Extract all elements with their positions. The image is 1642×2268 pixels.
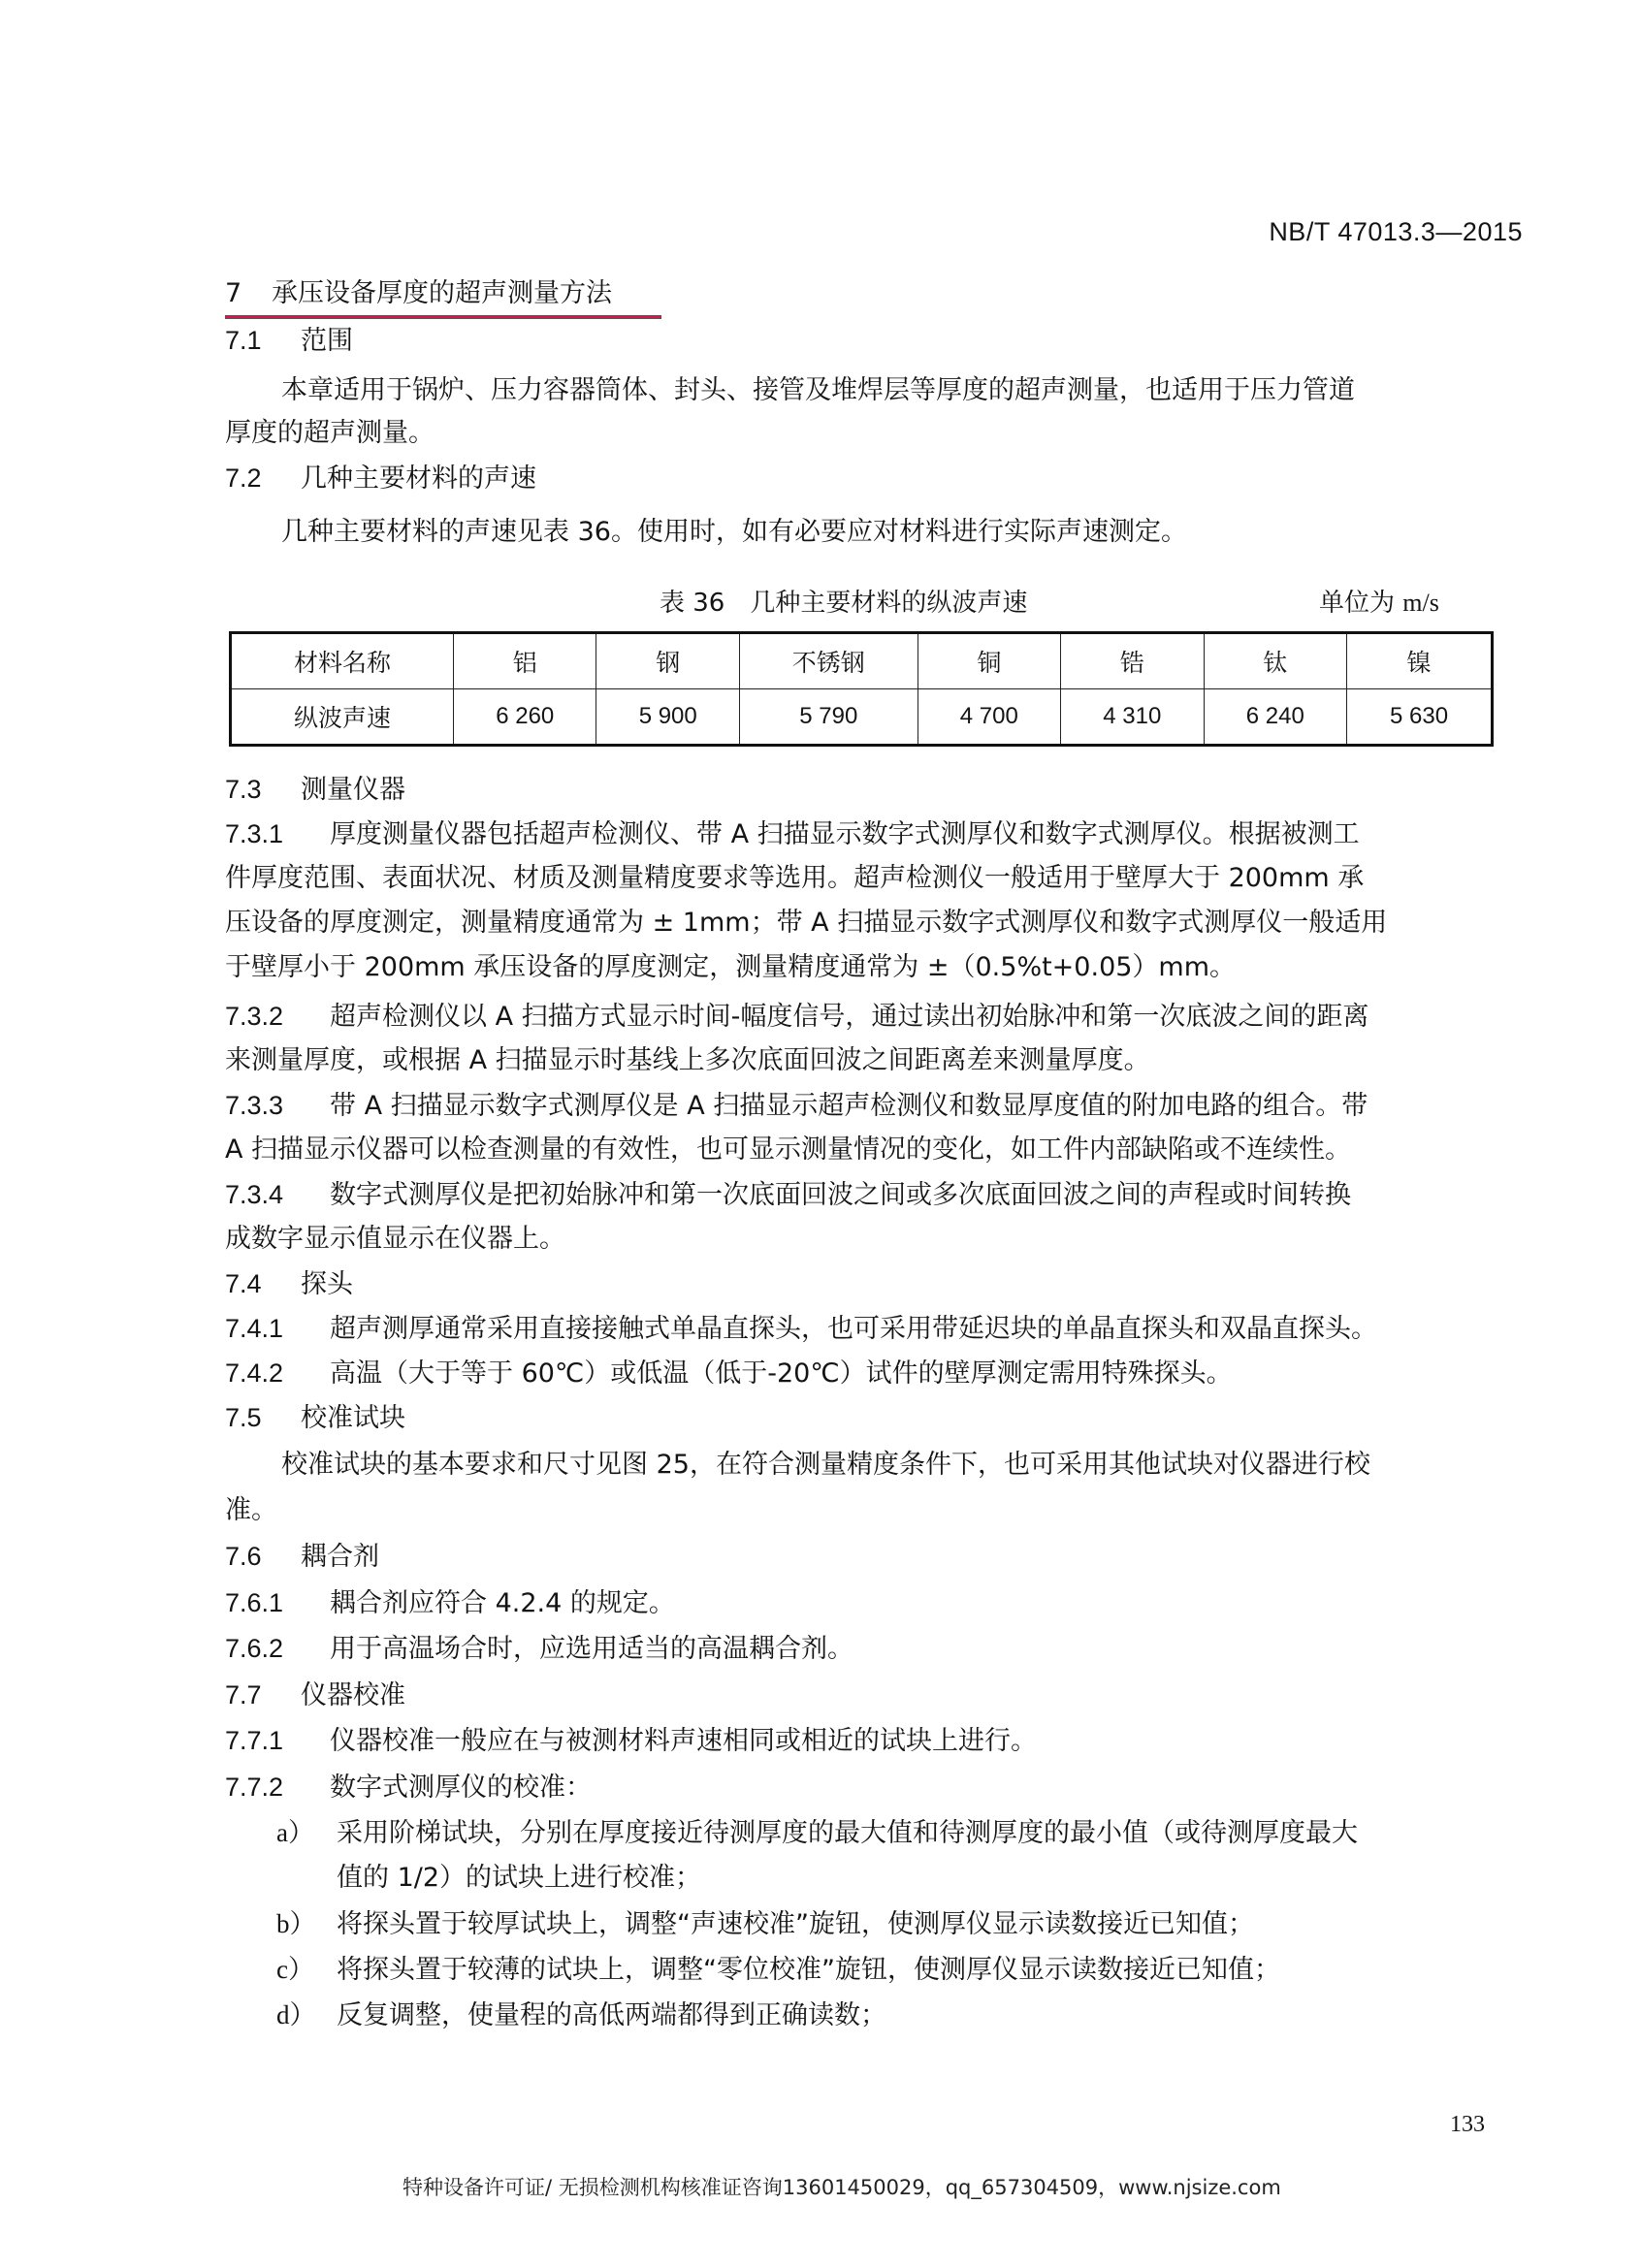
section-title: 几种主要材料的声速: [301, 463, 536, 494]
paragraph-line: 用于高温场合时，应选用适当的高温耦合剂。: [330, 1634, 853, 1664]
paragraph-line: 厚度测量仪器包括超声检测仪、带 A 扫描显示数字式测厚仪和数字式测厚仪。根据被测…: [330, 819, 1360, 849]
table-cell: 镍: [1347, 633, 1493, 689]
clause-7-3-2: 7.3.2超声检测仪以 A 扫描方式显示时间-幅度信号，通过读出初始脉冲和第一次…: [225, 1000, 1368, 1034]
clause-7-3-3: 7.3.3带 A 扫描显示数字式测厚仪是 A 扫描显示超声检测仪和数显厚度值的附…: [225, 1089, 1368, 1123]
list-label: d）: [276, 1998, 337, 2031]
section-title: 耦合剂: [301, 1542, 379, 1572]
section-number: 7.3: [225, 773, 301, 806]
paragraph-line: 超声测厚通常采用直接接触式单晶直探头，也可采用带延迟块的单晶直探头和双晶直探头。: [330, 1314, 1377, 1344]
section-heading-7-1: 7.1范围: [225, 324, 353, 358]
section-title: 仪器校准: [301, 1680, 405, 1710]
clause-number: 7.3.2: [225, 1000, 330, 1033]
clause-number: 7.3.1: [225, 817, 330, 850]
clause-7-7-1: 7.7.1仪器校准一般应在与被测材料声速相同或相近的试块上进行。: [225, 1724, 1037, 1758]
clause-7-6-1: 7.6.1耦合剂应符合 4.2.4 的规定。: [225, 1586, 675, 1620]
clause-number: 7.7.1: [225, 1724, 330, 1757]
section-title: 测量仪器: [301, 775, 405, 805]
clause-7-4-1: 7.4.1超声测厚通常采用直接接触式单晶直探头，也可采用带延迟块的单晶直探头和双…: [225, 1312, 1377, 1346]
clause-number: 7.4.1: [225, 1312, 330, 1345]
footer-watermark: 特种设备许可证/ 无损检测机构核准证咨询13601450029，qq_65730…: [402, 2175, 1281, 2200]
table-cell: 5 790: [739, 689, 918, 746]
clause-number: 7.4.2: [225, 1357, 330, 1390]
table-cell: 6 240: [1204, 689, 1346, 746]
paragraph-line: 厚度的超声测量。: [225, 417, 435, 450]
sound-velocity-table: 材料名称 铝 钢 不锈钢 铜 锆 钛 镍 纵波声速 6 260 5 900 5 …: [229, 631, 1494, 747]
paragraph-line: 仪器校准一般应在与被测材料声速相同或相近的试块上进行。: [330, 1726, 1037, 1756]
unit-value: m/s: [1402, 589, 1439, 617]
clause-7-6-2: 7.6.2用于高温场合时，应选用适当的高温耦合剂。: [225, 1632, 853, 1666]
table-row: 纵波声速 6 260 5 900 5 790 4 700 4 310 6 240…: [231, 689, 1493, 746]
list-text: 将探头置于较薄的试块上，调整“零位校准”旋钮，使测厚仪显示读数接近已知值；: [337, 1955, 1280, 1985]
paragraph-line: 超声检测仪以 A 扫描方式显示时间-幅度信号，通过读出初始脉冲和第一次底波之间的…: [330, 1002, 1368, 1032]
clause-number: 7.3.4: [225, 1178, 330, 1211]
section-title: 探头: [301, 1269, 353, 1299]
list-item-d: d）反复调整，使量程的高低两端都得到正确读数；: [276, 1998, 886, 2032]
paragraph-line: 数字式测厚仪是把初始脉冲和第一次底面回波之间或多次底面回波之间的声程或时间转换: [330, 1180, 1351, 1210]
paragraph-line: 耦合剂应符合 4.2.4 的规定。: [330, 1588, 675, 1618]
table-cell: 钛: [1204, 633, 1346, 689]
paragraph-line: 压设备的厚度测定，测量精度通常为 ± 1mm；带 A 扫描显示数字式测厚仪和数字…: [225, 907, 1387, 940]
table-caption: 表 36几种主要材料的纵波声速: [660, 587, 1027, 620]
clause-7-3-4: 7.3.4数字式测厚仪是把初始脉冲和第一次底面回波之间或多次底面回波之间的声程或…: [225, 1178, 1351, 1212]
section-heading-7-7: 7.7仪器校准: [225, 1678, 405, 1712]
section-number: 7.4: [225, 1267, 301, 1300]
table-cell: 锆: [1061, 633, 1204, 689]
paragraph-line: 数字式测厚仪的校准：: [330, 1773, 592, 1803]
list-item-continuation: 值的 1/2）的试块上进行校准；: [337, 1862, 701, 1895]
list-text: 采用阶梯试块，分别在厚度接近待测厚度的最大值和待测厚度的最小值（或待测厚度最大: [337, 1818, 1358, 1848]
table-unit: 单位为 m/s: [1319, 587, 1439, 620]
list-text: 将探头置于较厚试块上，调整“声速校准”旋钮，使测厚仪显示读数接近已知值；: [337, 1909, 1254, 1939]
paragraph-line: A 扫描显示仪器可以检查测量的有效性，也可显示测量情况的变化，如工件内部缺陷或不…: [225, 1134, 1351, 1166]
list-item-b: b）将探头置于较厚试块上，调整“声速校准”旋钮，使测厚仪显示读数接近已知值；: [276, 1907, 1254, 1941]
table-row-label: 纵波声速: [231, 689, 454, 746]
chapter-number: 7: [225, 277, 272, 310]
list-item-c: c）将探头置于较薄的试块上，调整“零位校准”旋钮，使测厚仪显示读数接近已知值；: [276, 1953, 1280, 1987]
table-title: 几种主要材料的纵波声速: [750, 589, 1027, 618]
clause-number: 7.3.3: [225, 1089, 330, 1122]
section-number: 7.7: [225, 1678, 301, 1711]
section-heading-7-2: 7.2几种主要材料的声速: [225, 462, 536, 495]
clause-7-7-2: 7.7.2数字式测厚仪的校准：: [225, 1771, 592, 1805]
section-number: 7.2: [225, 462, 301, 495]
chapter-underline: [225, 315, 661, 318]
paragraph-line: 校准试块的基本要求和尺寸见图 25，在符合测量精度条件下，也可采用其他试块对仪器…: [281, 1449, 1370, 1482]
chapter-title-text: 承压设备厚度的超声测量方法: [272, 278, 612, 308]
section-number: 7.1: [225, 324, 301, 357]
section-title: 校准试块: [301, 1403, 405, 1433]
clause-7-4-2: 7.4.2高温（大于等于 60℃）或低温（低于-20℃）试件的壁厚测定需用特殊探…: [225, 1357, 1233, 1390]
section-heading-7-4: 7.4探头: [225, 1267, 353, 1301]
table-cell: 钢: [596, 633, 739, 689]
unit-label: 单位为: [1319, 589, 1395, 618]
list-label: a）: [276, 1816, 337, 1849]
table-header-row: 材料名称 铝 钢 不锈钢 铜 锆 钛 镍: [231, 633, 1493, 689]
table-cell: 不锈钢: [739, 633, 918, 689]
paragraph-line: 准。: [225, 1494, 277, 1527]
list-item-a: a）采用阶梯试块，分别在厚度接近待测厚度的最大值和待测厚度的最小值（或待测厚度最…: [276, 1816, 1358, 1850]
paragraph-line: 带 A 扫描显示数字式测厚仪是 A 扫描显示超声检测仪和数显厚度值的附加电路的组…: [330, 1091, 1368, 1121]
clause-7-3-1: 7.3.1厚度测量仪器包括超声检测仪、带 A 扫描显示数字式测厚仪和数字式测厚仪…: [225, 817, 1360, 851]
table-cell: 4 310: [1061, 689, 1204, 746]
clause-number: 7.7.2: [225, 1771, 330, 1804]
table-number: 表 36: [660, 589, 724, 618]
table-cell: 5 900: [596, 689, 739, 746]
section-heading-7-3: 7.3测量仪器: [225, 773, 405, 807]
page-number: 133: [1450, 2112, 1485, 2138]
section-number: 7.5: [225, 1401, 301, 1434]
table-row-label: 材料名称: [231, 633, 454, 689]
chapter-title: 7承压设备厚度的超声测量方法: [225, 277, 612, 310]
section-number: 7.6: [225, 1540, 301, 1573]
list-label: c）: [276, 1953, 337, 1986]
list-text: 反复调整，使量程的高低两端都得到正确读数；: [337, 2000, 886, 2030]
clause-number: 7.6.2: [225, 1632, 330, 1665]
table-cell: 铝: [454, 633, 596, 689]
section-heading-7-6: 7.6耦合剂: [225, 1540, 379, 1574]
section-title: 范围: [301, 326, 353, 356]
paragraph-line: 来测量厚度，或根据 A 扫描显示时基线上多次底面回波之间距离差来测量厚度。: [225, 1044, 1150, 1077]
paragraph-line: 高温（大于等于 60℃）或低温（低于-20℃）试件的壁厚测定需用特殊探头。: [330, 1358, 1233, 1389]
table-cell: 5 630: [1347, 689, 1493, 746]
paragraph-line: 本章适用于锅炉、压力容器筒体、封头、接管及堆焊层等厚度的超声测量，也适用于压力管…: [281, 374, 1355, 407]
list-label: b）: [276, 1907, 337, 1940]
table-cell: 铜: [918, 633, 1060, 689]
table-cell: 4 700: [918, 689, 1060, 746]
paragraph-line: 成数字显示值显示在仪器上。: [225, 1223, 565, 1256]
clause-number: 7.6.1: [225, 1586, 330, 1619]
table-cell: 6 260: [454, 689, 596, 746]
paragraph-line: 于壁厚小于 200mm 承压设备的厚度测定，测量精度通常为 ±（0.5%t+0.…: [225, 951, 1236, 984]
paragraph-line: 几种主要材料的声速见表 36。使用时，如有必要应对材料进行实际声速测定。: [281, 516, 1187, 549]
standard-code: NB/T 47013.3—2015: [1232, 217, 1523, 247]
section-heading-7-5: 7.5校准试块: [225, 1401, 405, 1435]
paragraph-line: 件厚度范围、表面状况、材质及测量精度要求等选用。超声检测仪一般适用于壁厚大于 2…: [225, 862, 1364, 895]
